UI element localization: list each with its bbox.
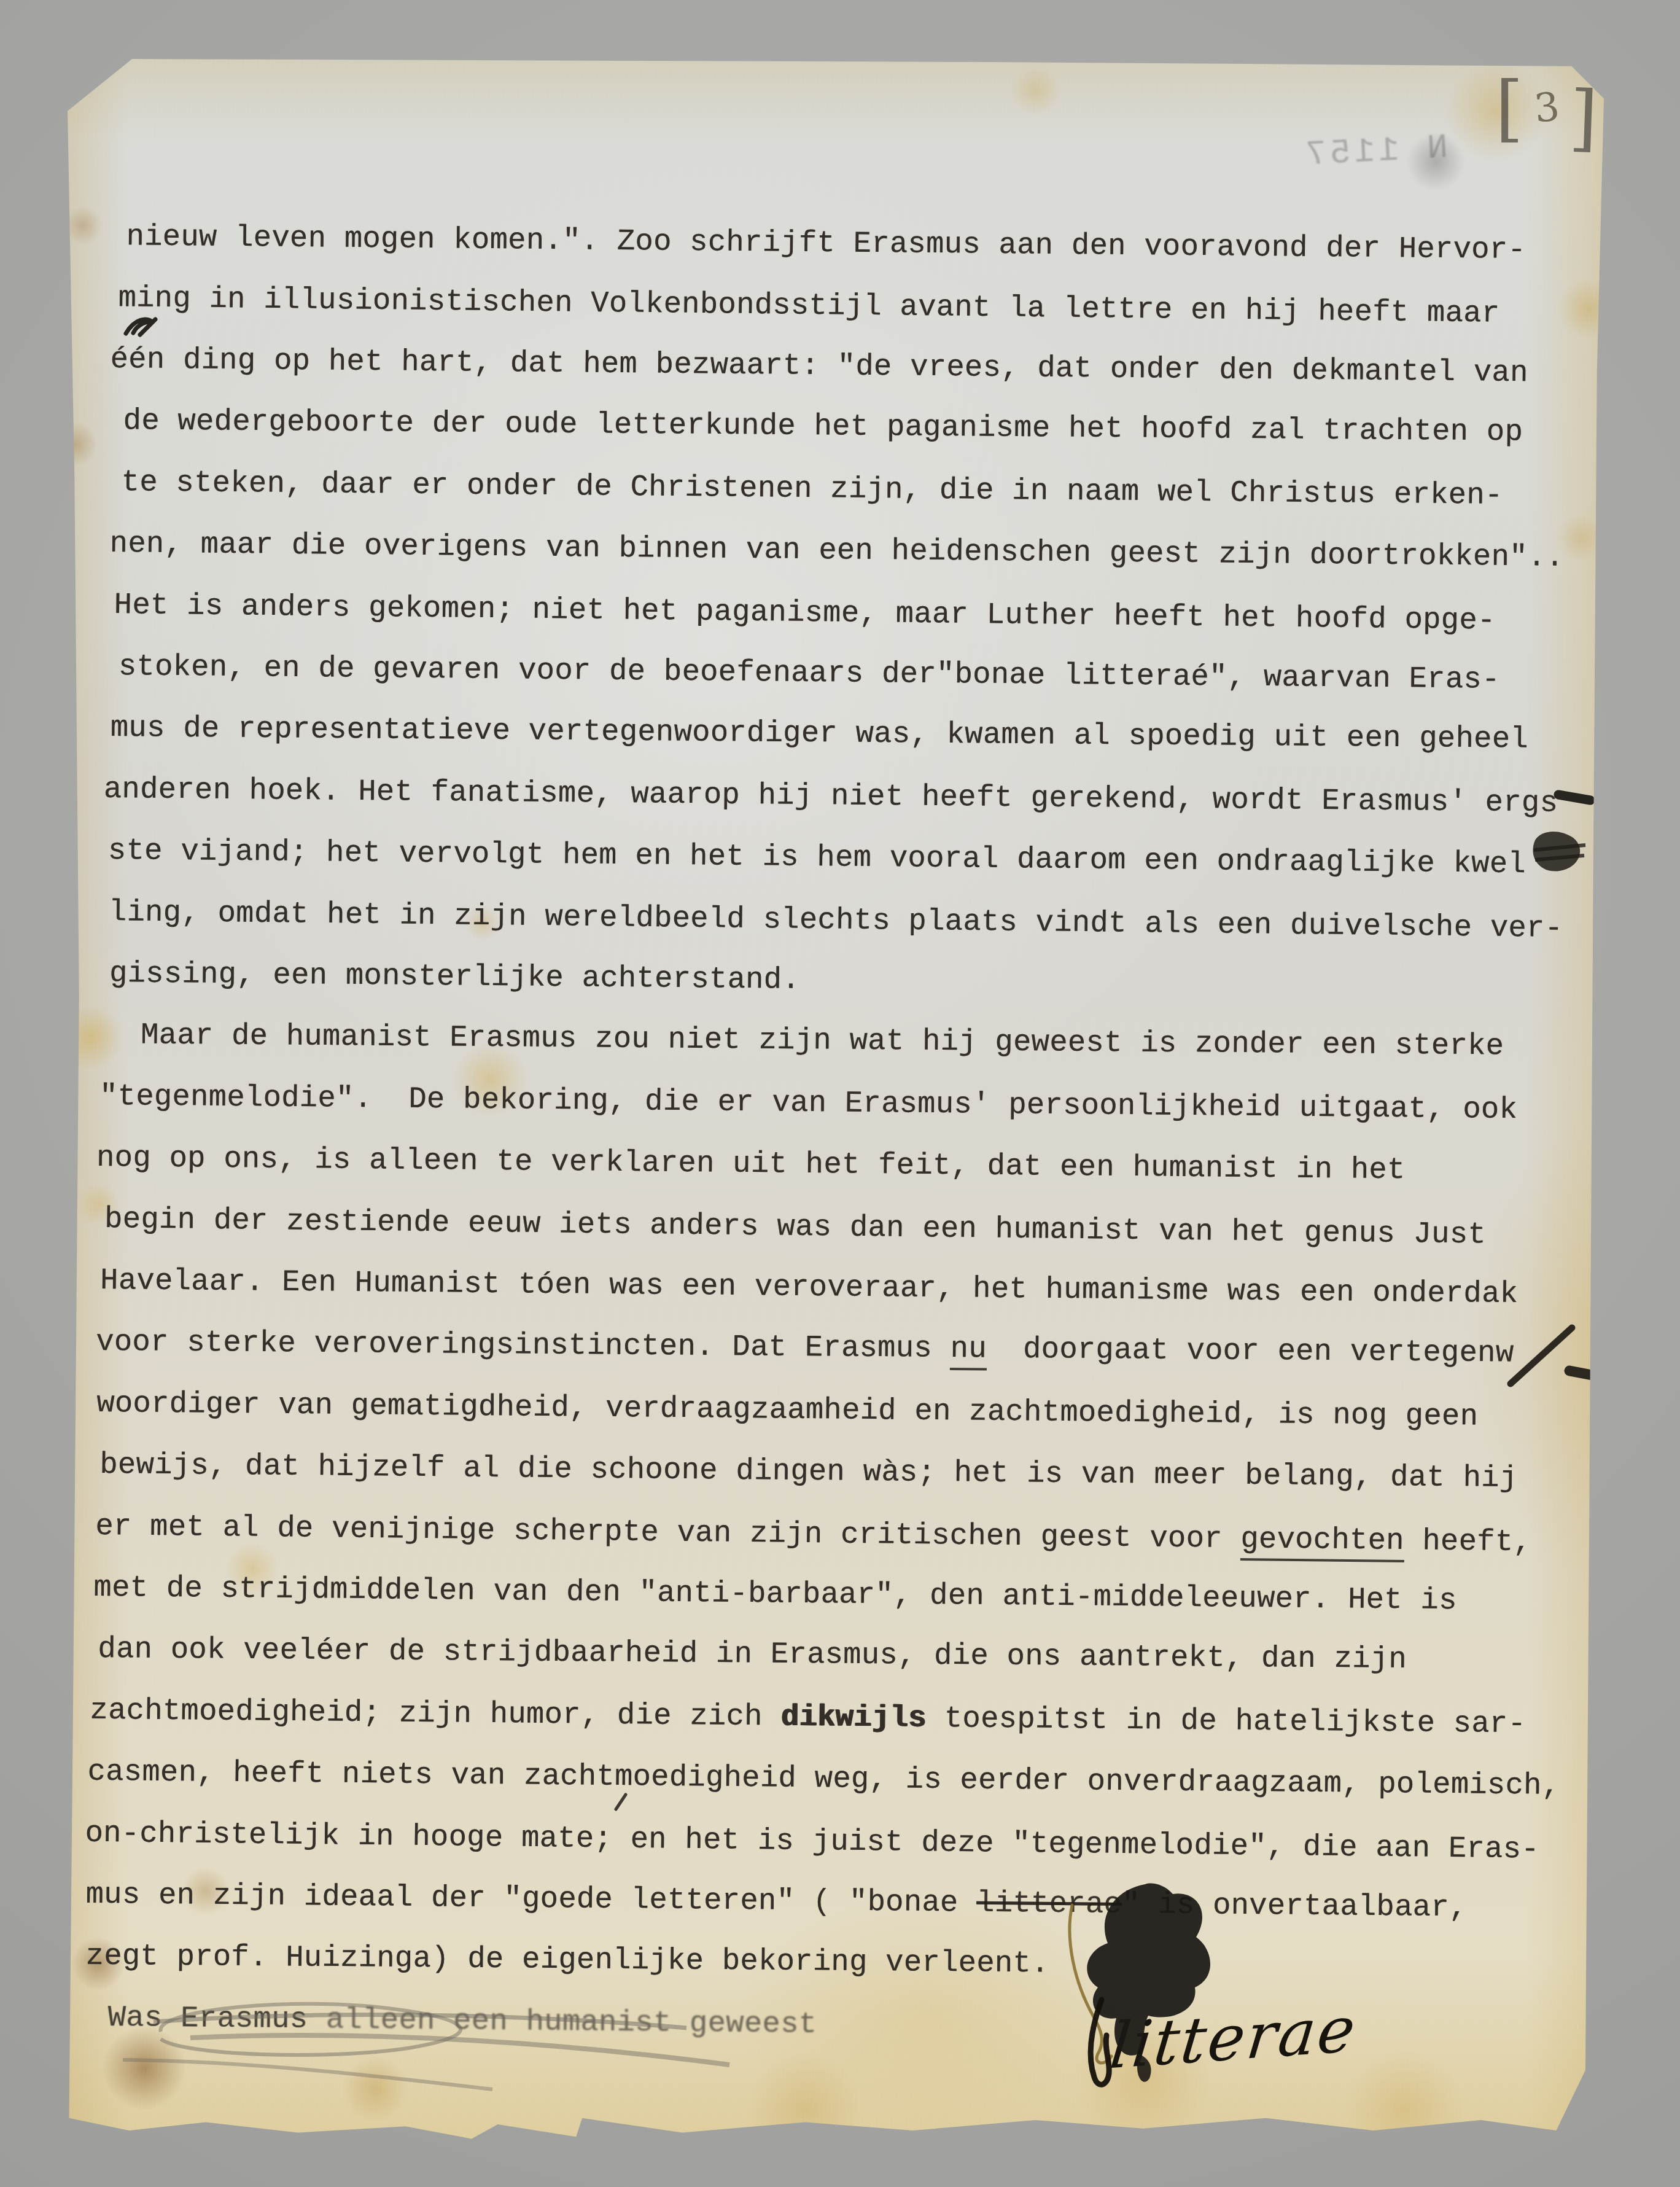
typed-segment: Was Erasmus bbox=[107, 2000, 326, 2037]
typed-segment: alleen een humanist geweest bbox=[326, 2003, 817, 2042]
typed-line: mus de representatieve vertegenwoordiger… bbox=[110, 697, 1589, 770]
typed-segment: anderen hoek. Het fanatisme, waarop hij … bbox=[104, 772, 1558, 821]
typed-segment: dan ook veeléer de strijdbaarheid in Era… bbox=[98, 1632, 1407, 1677]
typed-segment: nieuw leven mogen komen.". Zoo schrijft … bbox=[126, 219, 1526, 267]
typed-text-block: nieuw leven mogen komen.". Zoo schrijft … bbox=[90, 206, 1594, 2062]
typed-segment: Het is anders gekomen; niet het paganism… bbox=[114, 588, 1495, 638]
typed-segment: gissing, een monsterlijke achterstand. bbox=[109, 956, 800, 997]
bracket-open: [ bbox=[1495, 68, 1523, 147]
typed-segment: met de strijdmiddelen van den "anti-barb… bbox=[93, 1570, 1457, 1618]
typed-segment: bewijs, dat hijzelf al die schoone dinge… bbox=[99, 1448, 1518, 1495]
typed-segment: mus de representatieve vertegenwoordiger… bbox=[111, 711, 1529, 757]
typed-segment: doorgaat voor een vertegenw bbox=[987, 1332, 1514, 1371]
typed-segment: casmen, heeft niets van zachtmoedigheid … bbox=[87, 1755, 1560, 1803]
typed-segment: begin der zestiende eeuw iets anders was… bbox=[104, 1202, 1486, 1252]
typed-line: Maar de humanist Erasmus zou niet zijn w… bbox=[141, 1005, 1587, 1078]
handwritten-litterae: litterae bbox=[1107, 1995, 1360, 2081]
typed-line: voor sterke veroveringsinstincten. Dat E… bbox=[96, 1311, 1584, 1384]
pencil-page-number: [ 3 ] bbox=[1495, 68, 1598, 147]
typed-segment: Havelaar. Een Humanist tóen was een vero… bbox=[100, 1263, 1519, 1311]
typed-segment: ste vijand; het vervolgt hem en het is h… bbox=[108, 833, 1526, 881]
typed-segment: één ding op het hart, dat hem bezwaart: … bbox=[110, 342, 1528, 390]
typed-segment: stoken, en de gevaren voor de beoefenaar… bbox=[119, 649, 1500, 697]
typed-line: zegt prof. Huizinga) de eigenlijke bekor… bbox=[85, 1925, 1577, 1998]
typed-segment: nu bbox=[950, 1331, 987, 1370]
typed-segment: " is onvertaalbaar, bbox=[1122, 1887, 1468, 1925]
typed-segment: nen, maar die overigens van binnen van e… bbox=[109, 526, 1564, 575]
typed-segment: nog op ons, is alleen te verklaren uit h… bbox=[96, 1140, 1406, 1187]
scan-background: { "page": { "background_color": "#a6a7a5… bbox=[0, 0, 1680, 2187]
typed-line: dan ook veeléer de strijdbaarheid in Era… bbox=[98, 1618, 1581, 1691]
typed-segment: de wedergeboorte der oude letterkunde he… bbox=[123, 403, 1523, 449]
typed-segment: er met al de venijnige scherpte van zijn… bbox=[95, 1509, 1241, 1556]
typed-segment: voor sterke veroveringsinstincten. Dat E… bbox=[96, 1325, 951, 1366]
typed-segment: heeft, bbox=[1404, 1524, 1531, 1559]
typed-line: de wedergeboorte der oude letterkunde he… bbox=[123, 390, 1592, 463]
typed-segment: toespitst in de hatelijkste sar- bbox=[926, 1701, 1526, 1741]
bracket-close: ] bbox=[1568, 77, 1600, 158]
paper-sheet: nieuw leven mogen komen.". Zoo schrijft … bbox=[68, 59, 1604, 2141]
typed-segment: zachtmoedigheid; zijn humor, die zich bbox=[90, 1693, 780, 1734]
typed-segment: mus en zijn ideaal der "goede letteren" … bbox=[85, 1877, 976, 1920]
page-number-value: 3 bbox=[1533, 87, 1561, 129]
typed-segment: Maar de humanist Erasmus zou niet zijn w… bbox=[141, 1018, 1504, 1064]
typed-segment: "tegenmelodie". De bekoring, die er van … bbox=[99, 1079, 1518, 1127]
typed-segment: dikwijls bbox=[780, 1700, 926, 1736]
typed-segment: woordiger van gematigdheid, verdraagzaam… bbox=[96, 1386, 1478, 1434]
typed-segment: te steken, daar er onder de Christenen z… bbox=[121, 465, 1503, 513]
typed-segment: gevochten bbox=[1240, 1522, 1404, 1562]
pencil-stroke-3 bbox=[123, 2060, 492, 2089]
typed-segment: ling, omdat het in zijn wereldbeeld slec… bbox=[109, 895, 1563, 946]
typed-segment: on-christelijk in hooge mate; en het is … bbox=[85, 1816, 1539, 1867]
typed-segment: ming in illusionistischen Volkenbondssti… bbox=[118, 281, 1499, 331]
typed-segment: zegt prof. Huizinga) de eigenlijke bekor… bbox=[85, 1939, 1049, 1981]
typed-segment: litterae bbox=[976, 1886, 1122, 1922]
